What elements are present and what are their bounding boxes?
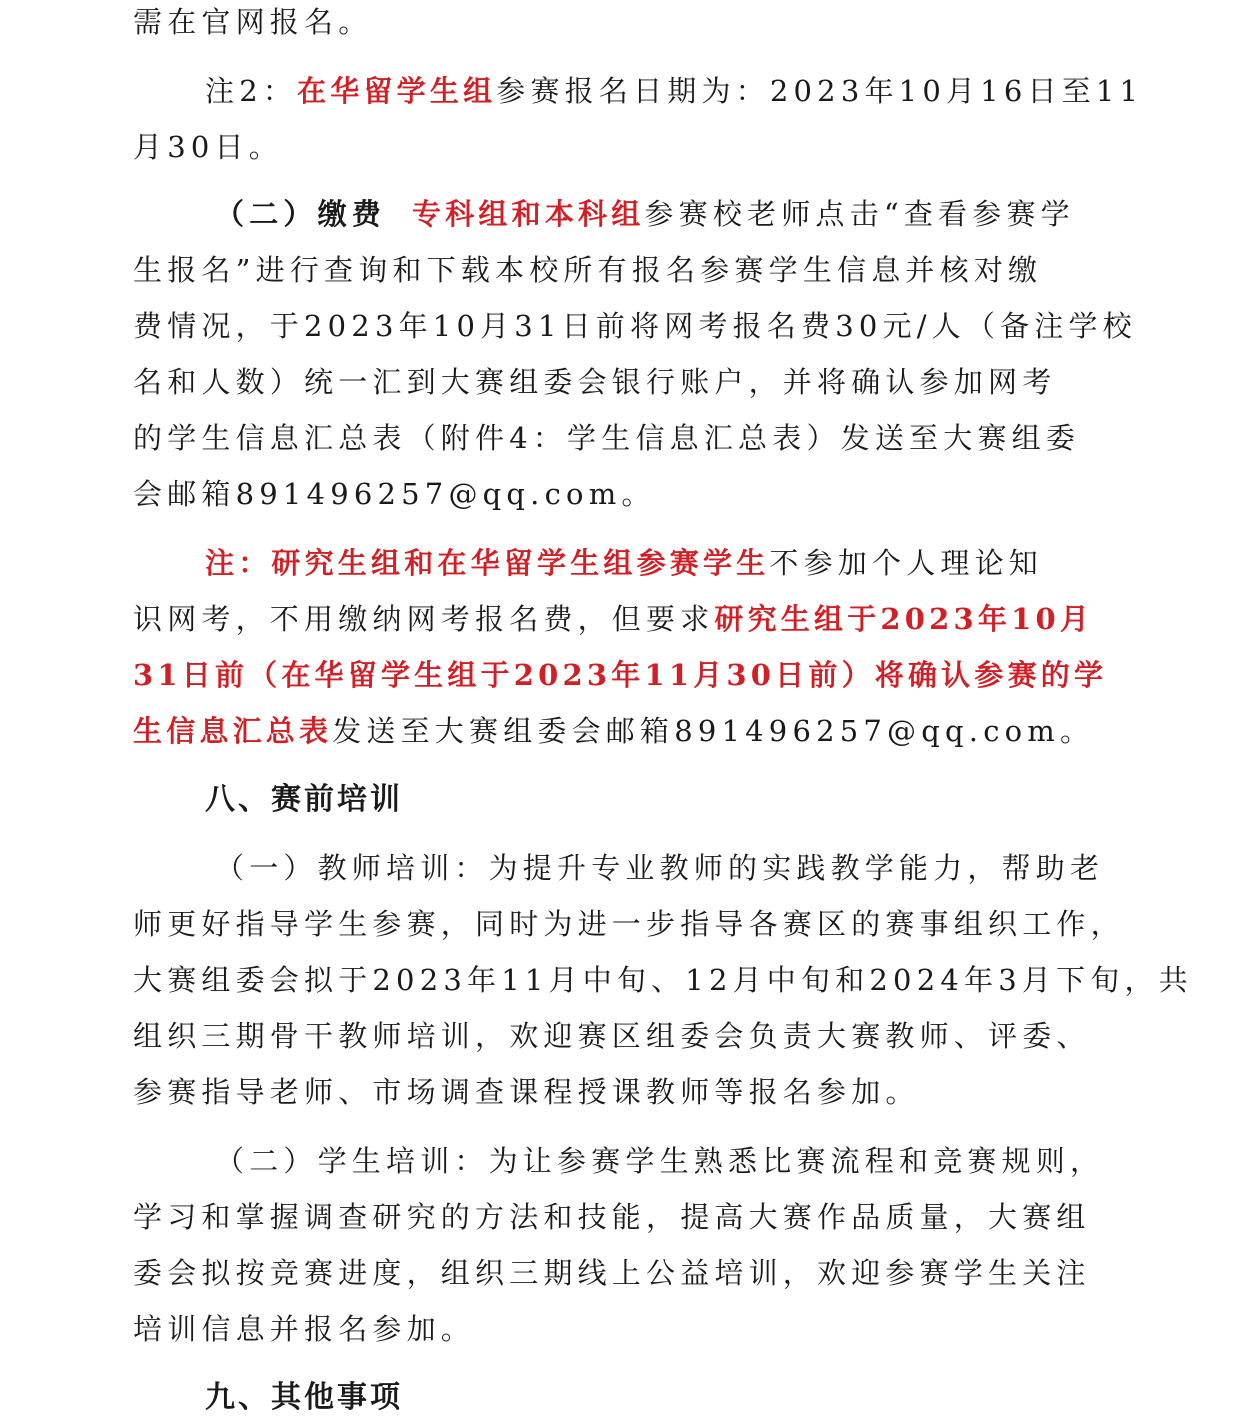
- paragraph-line: 名和人数）统一汇到大赛组委会银行账户，并将确认参加网考: [133, 362, 1056, 402]
- paragraph-line: 月30日。: [133, 127, 283, 167]
- email-line: 会邮箱891496257@qq.com。: [133, 474, 656, 514]
- paragraph-line: 委会拟按竞赛进度，组织三期线上公益培训，欢迎参赛学生关注: [133, 1253, 1091, 1293]
- highlight-text: 注：研究生组和在华留学生组参赛学生: [205, 546, 769, 580]
- highlight-text: 专科组和本科组: [412, 197, 644, 231]
- paragraph-line: 费情况，于2023年10月31日前将网考报名费30元/人（备注学校: [133, 306, 1137, 346]
- paragraph-text: 不参加个人理论知: [769, 546, 1043, 580]
- note-2-line: 注2：在华留学生组参赛报名日期为：2023年10月16日至11: [205, 71, 1143, 111]
- paragraph-text: 参赛校老师点击“查看参赛学: [644, 197, 1074, 231]
- paragraph-line: 生报名”进行查询和下载本校所有报名参赛学生信息并核对缴: [133, 250, 1042, 290]
- note-line: 注：研究生组和在华留学生组参赛学生不参加个人理论知: [205, 543, 1043, 583]
- paragraph-line: 师更好指导学生参赛，同时为进一步指导各赛区的赛事组织工作，: [133, 904, 1125, 944]
- section-heading-9: 九、其他事项: [205, 1378, 403, 1418]
- paragraph-line: （二）学生培训：为让参赛学生熟悉比赛流程和竞赛规则，: [215, 1141, 1104, 1181]
- note-text: 参赛报名日期为：2023年10月16日至11: [496, 74, 1143, 108]
- highlight-text: 研究生组于2023年10月: [714, 602, 1093, 636]
- highlight-text: 生信息汇总表: [133, 714, 332, 748]
- highlight-line: 31日前（在华留学生组于2023年11月30日前）将确认参赛的学: [133, 655, 1107, 695]
- paragraph-line: 培训信息并报名参加。: [133, 1309, 475, 1349]
- note-line: 识网考，不用缴纳网考报名费，但要求研究生组于2023年10月: [133, 599, 1093, 639]
- paragraph-text: 识网考，不用缴纳网考报名费，但要求: [133, 602, 714, 636]
- paragraph-line: （一）教师培训：为提升专业教师的实践教学能力，帮助老: [215, 848, 1104, 888]
- paragraph-line: 大赛组委会拟于2023年11月中旬、12月中旬和2024年3月下旬，共: [133, 960, 1193, 1000]
- email-text: 发送至大赛组委会邮箱891496257@qq.com。: [332, 714, 1094, 748]
- paragraph-line: 需在官网报名。: [133, 2, 372, 42]
- paragraph-line: 的学生信息汇总表（附件4：学生信息汇总表）发送至大赛组委: [133, 418, 1080, 458]
- payment-heading-line: （二）缴费专科组和本科组参赛校老师点击“查看参赛学: [215, 194, 1075, 234]
- note-line: 生信息汇总表发送至大赛组委会邮箱891496257@qq.com。: [133, 711, 1094, 751]
- note-label: 注2：: [205, 74, 297, 108]
- paragraph-line: 组织三期骨干教师培训，欢迎赛区组委会负责大赛教师、评委、: [133, 1016, 1091, 1056]
- highlight-text: 在华留学生组: [297, 74, 496, 108]
- section-heading-8: 八、赛前培训: [205, 780, 403, 820]
- paragraph-line: 学习和掌握调查研究的方法和技能，提高大赛作品质量，大赛组: [133, 1197, 1091, 1237]
- subsection-label: （二）缴费: [215, 197, 386, 231]
- paragraph-line: 参赛指导老师、市场调查课程授课教师等报名参加。: [133, 1072, 920, 1112]
